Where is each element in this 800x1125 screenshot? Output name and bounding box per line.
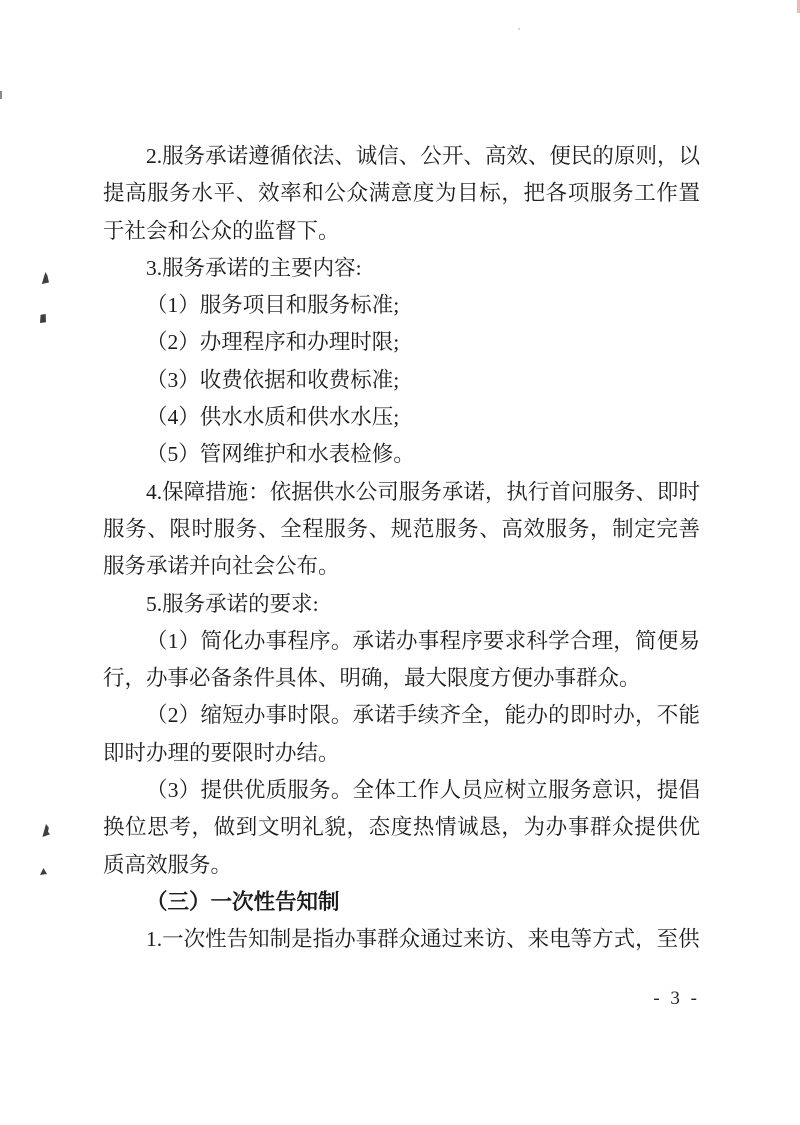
scanned-document-page: 2.服务承诺遵循依法、诚信、公开、高效、便民的原则，以提高服务水平、效率和公众满…	[0, 0, 800, 1125]
paragraph-item-5: （5）管网维护和水表检修。	[103, 436, 700, 473]
paragraph-item-4: （4）供水水质和供水水压;	[103, 399, 700, 436]
document-text-block: 2.服务承诺遵循依法、诚信、公开、高效、便民的原则，以提高服务水平、效率和公众满…	[103, 138, 700, 959]
paragraph-item-3: （3）收费依据和收费标准;	[103, 362, 700, 399]
scan-edge-artifact	[0, 91, 2, 99]
paragraph-main-contents-header: 3.服务承诺的主要内容:	[103, 250, 700, 287]
paragraph-item-1: （1）服务项目和服务标准;	[103, 287, 700, 324]
scan-speck	[40, 868, 47, 875]
scan-speck	[40, 314, 46, 323]
paragraph-one-time-notification-intro: 1.一次性告知制是指办事群众通过来访、来电等方式，至供	[103, 921, 700, 958]
section-heading-one-time-notification: （三）一次性告知制	[103, 884, 700, 921]
paragraph-requirement-2: （2）缩短办事时限。承诺手续齐全，能办的即时办，不能即时办理的要限时办结。	[103, 697, 700, 772]
scan-speck	[42, 824, 50, 837]
page-number: - 3 -	[653, 988, 700, 1010]
paragraph-requirement-1: （1）简化办事程序。承诺办事程序要求科学合理，简便易行，办事必备条件具体、明确，…	[103, 623, 700, 698]
paragraph-requirement-3: （3）提供优质服务。全体工作人员应树立服务意识，提倡换位思考，做到文明礼貌，态度…	[103, 772, 700, 884]
paragraph-requirements-header: 5.服务承诺的要求:	[103, 586, 700, 623]
scan-speck	[41, 272, 49, 284]
paragraph-service-commitment-principles: 2.服务承诺遵循依法、诚信、公开、高效、便民的原则，以提高服务水平、效率和公众满…	[103, 138, 700, 250]
scan-dust-dot	[518, 28, 520, 30]
paragraph-safeguard-measures: 4.保障措施：依据供水公司服务承诺，执行首问服务、即时服务、限时服务、全程服务、…	[103, 474, 700, 586]
paragraph-item-2: （2）办理程序和办理时限;	[103, 324, 700, 361]
